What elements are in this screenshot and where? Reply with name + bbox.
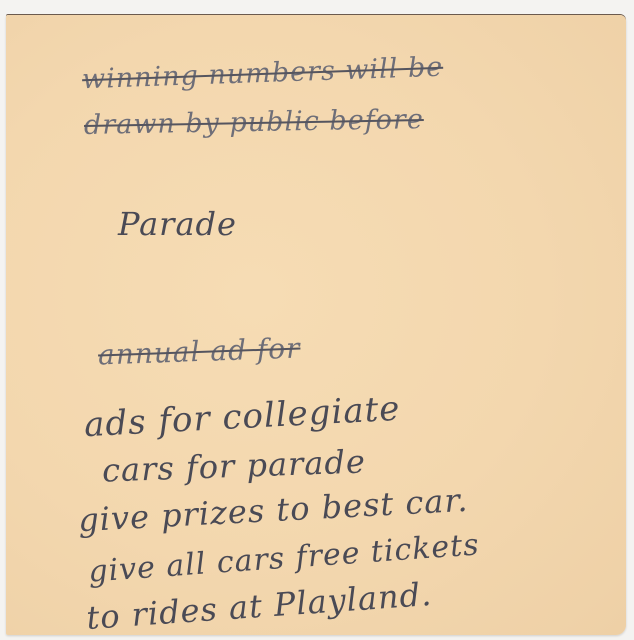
- note-paper: winning numbers will be drawn by public …: [6, 15, 626, 635]
- note-heading: Parade: [118, 205, 237, 243]
- note-line-1: ads for collegiate: [83, 389, 401, 446]
- note-line-3: give prizes to best car.: [77, 481, 469, 539]
- struck-phrase: annual ad for: [97, 331, 300, 371]
- struck-line-2: drawn by public before: [84, 104, 424, 141]
- struck-line-1: winning numbers will be: [82, 52, 444, 96]
- note-line-2: cars for parade: [101, 442, 366, 489]
